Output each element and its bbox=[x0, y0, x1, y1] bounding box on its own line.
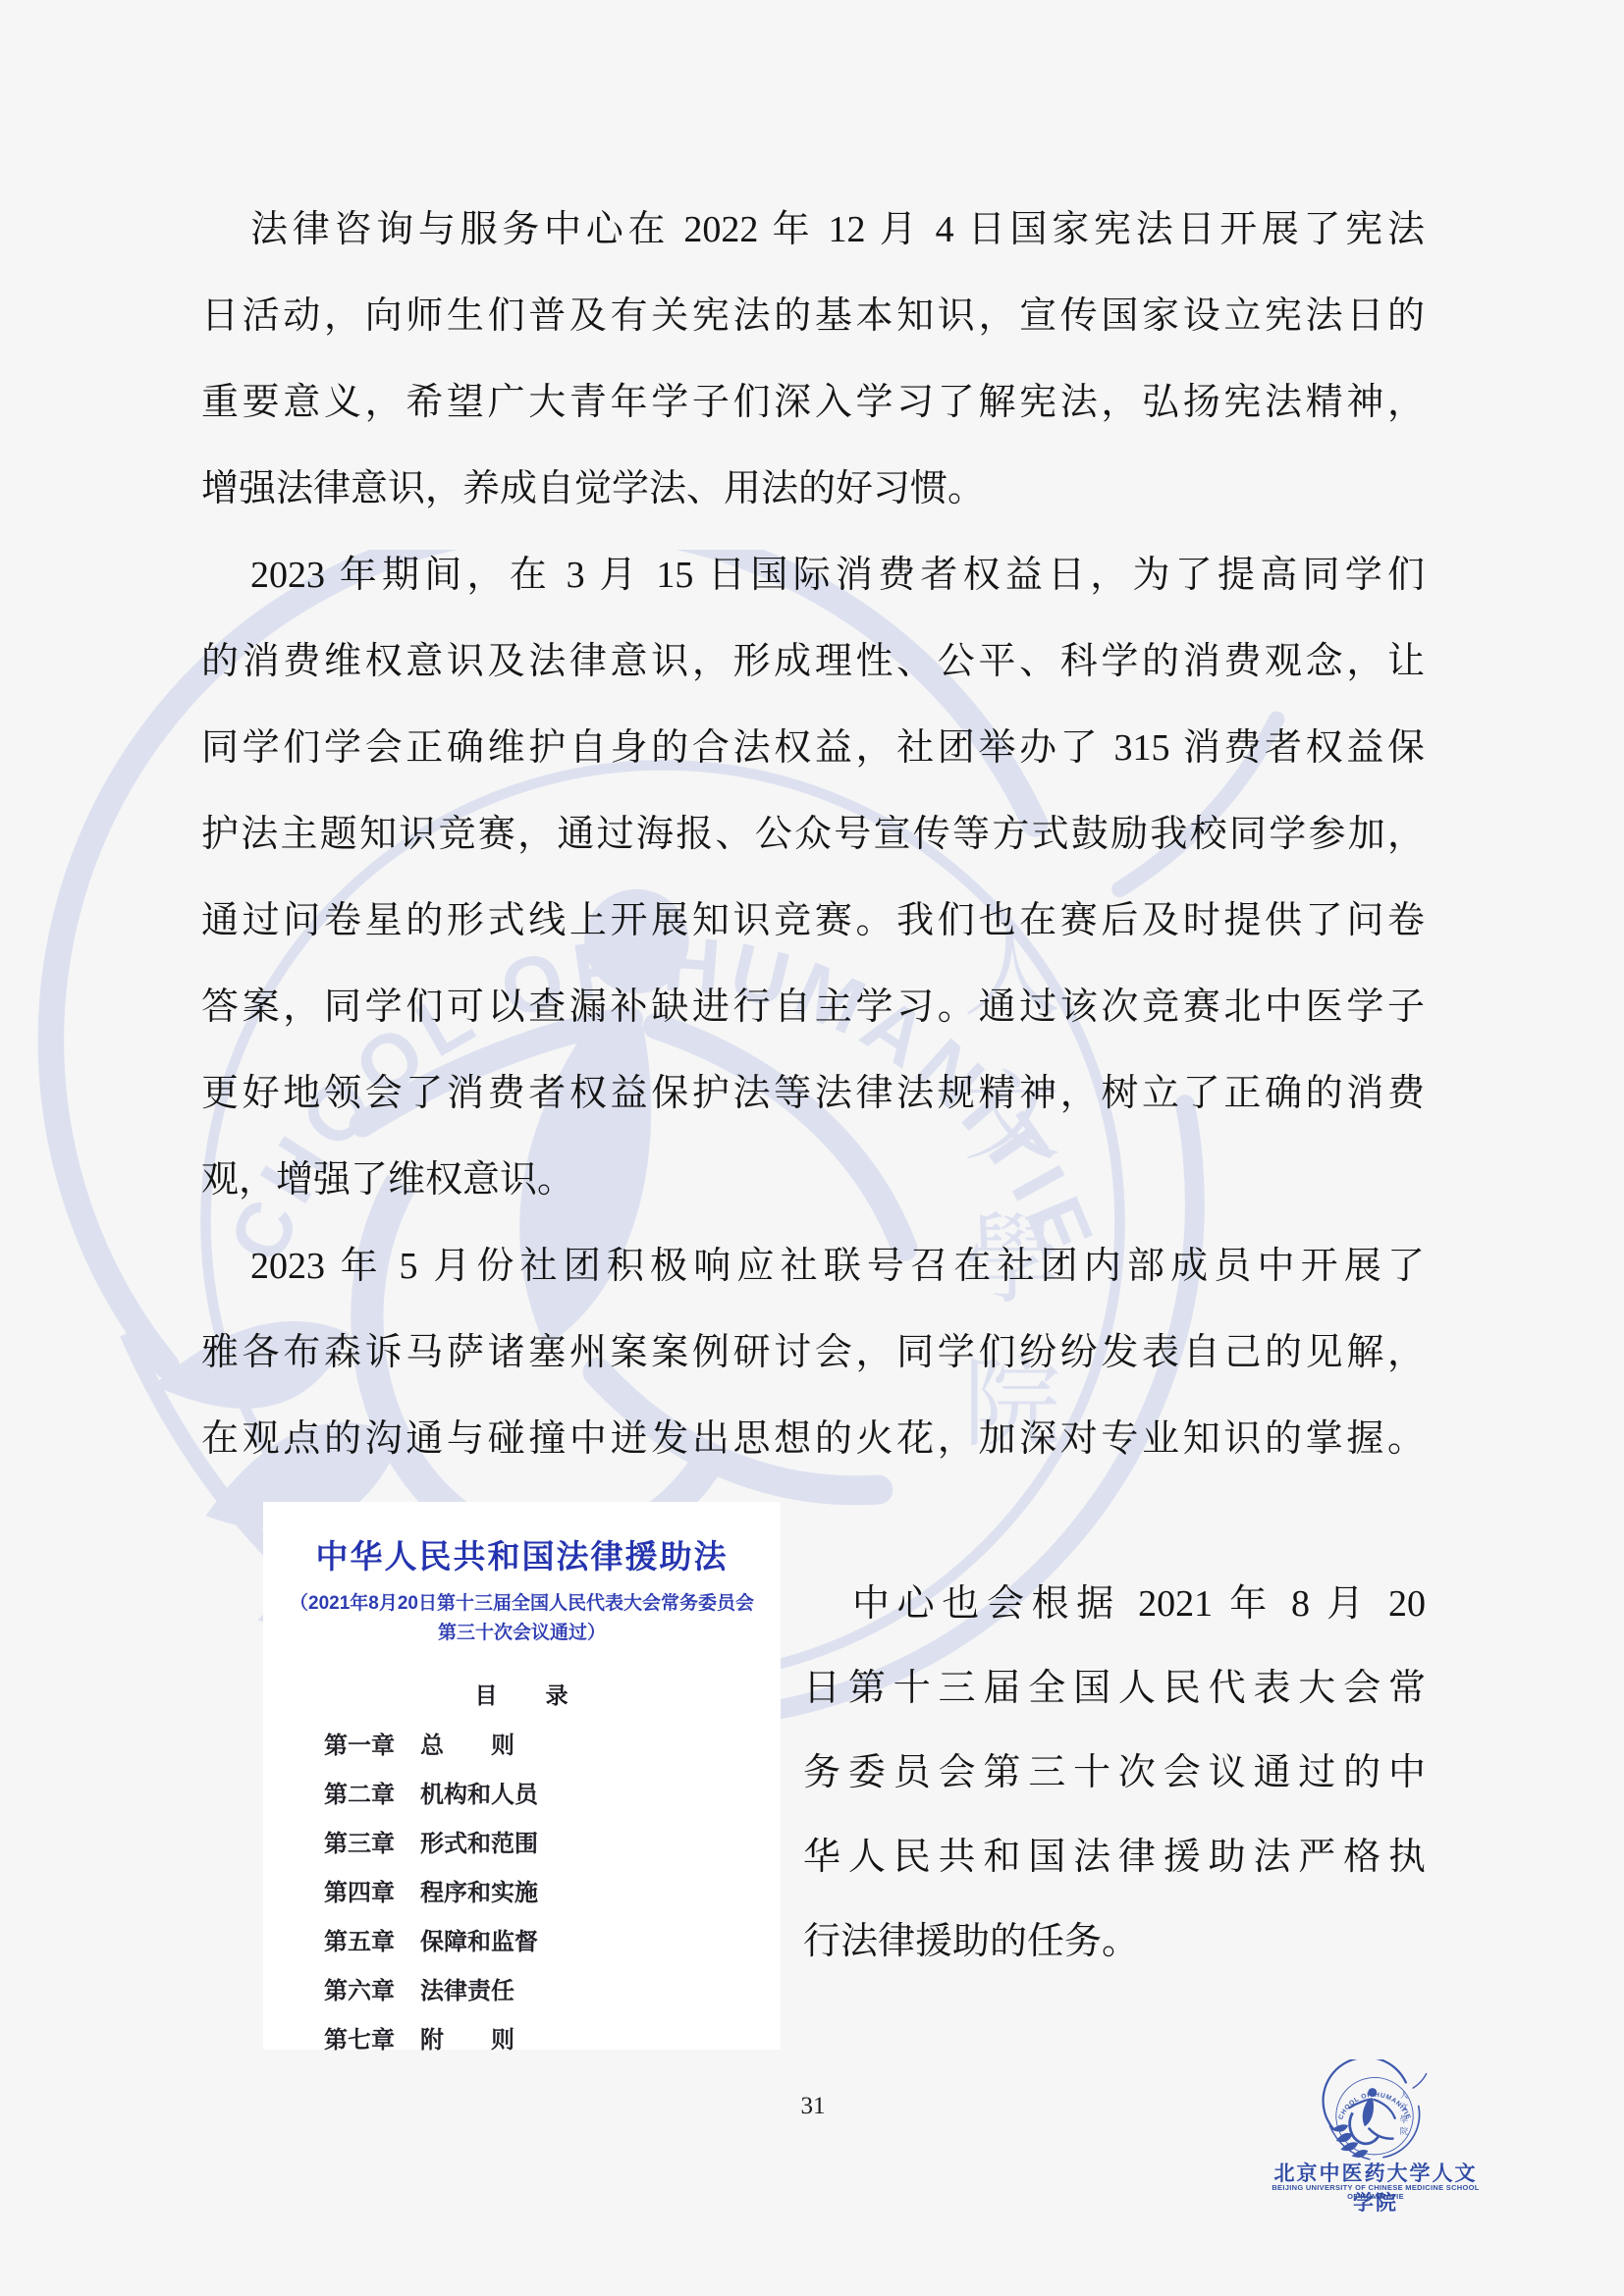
law-card-subtitle: （2021年8月20日第十三届全国人民代表大会常务委员会 第三十次会议通过） bbox=[263, 1589, 781, 1648]
toc-item: 第六章法律责任 bbox=[324, 1967, 781, 2016]
text-line: 日第十三届全国人民代表大会常 bbox=[803, 1646, 1426, 1731]
toc-title: 形式和范围 bbox=[420, 1831, 538, 1857]
toc-chapter: 第六章 bbox=[324, 1978, 395, 2004]
law-card-toc-header: 目 录 bbox=[263, 1678, 781, 1710]
toc-chapter: 第一章 bbox=[324, 1733, 395, 1759]
law-card-title: 中华人民共和国法律援助法 bbox=[263, 1531, 781, 1577]
side-paragraph: 中心也会根据 2021 年 8 月 20日第十三届全国人民代表大会常务委员会第三… bbox=[803, 1562, 1426, 1984]
law-aid-image: 中华人民共和国法律援助法 （2021年8月20日第十三届全国人民代表大会常务委员… bbox=[263, 1502, 781, 2050]
toc-chapter: 第四章 bbox=[324, 1880, 395, 1906]
text-line: 华人民共和国法律援助法严格执 bbox=[803, 1815, 1426, 1899]
text-line: 日活动，向师生们普及有关宪法的基本知识，宣传国家设立宪法日的 bbox=[201, 273, 1425, 359]
page-number: 31 bbox=[201, 2093, 1425, 2120]
toc-chapter: 第五章 bbox=[324, 1929, 395, 1955]
text-line: 重要意义，希望广大青年学子们深入学习了解宪法，弘扬宪法精神， bbox=[201, 359, 1425, 446]
text-line: 的消费维权意识及法律意识，形成理性、公平、科学的消费观念，让 bbox=[201, 618, 1425, 705]
text-line: 务委员会第三十次会议通过的中 bbox=[803, 1731, 1426, 1815]
toc-item: 第七章附 则 bbox=[324, 2016, 781, 2065]
text-line: 更好地领会了消费者权益保护法等法律法规精神，树立了正确的消费 bbox=[201, 1050, 1425, 1137]
text-line: 答案，同学们可以查漏补缺进行自主学习。通过该次竞赛北中医学子 bbox=[201, 964, 1425, 1050]
toc-title: 总 则 bbox=[420, 1733, 514, 1759]
toc-chapter: 第三章 bbox=[324, 1831, 395, 1857]
toc-item: 第四章程序和实施 bbox=[324, 1869, 781, 1918]
text-line: 中心也会根据 2021 年 8 月 20 bbox=[803, 1562, 1426, 1646]
toc-title: 程序和实施 bbox=[420, 1880, 538, 1906]
text-line: 行法律援助的任务。 bbox=[803, 1899, 1426, 1984]
law-card-toc: 第一章总 则第二章机构和人员第三章形式和范围第四章程序和实施第五章保障和监督第六… bbox=[263, 1722, 781, 2065]
text-line: 观，增强了维权意识。 bbox=[201, 1137, 1425, 1223]
text-line: 法律咨询与服务中心在 2022 年 12 月 4 日国家宪法日开展了宪法 bbox=[201, 187, 1425, 273]
law-card-subtitle-line2: 第三十次会议通过） bbox=[263, 1619, 781, 1648]
text-line: 在观点的沟通与碰撞中迸发出思想的火花，加深对专业知识的掌握。 bbox=[201, 1396, 1425, 1482]
toc-item: 第三章形式和范围 bbox=[324, 1820, 781, 1869]
text-line: 通过问卷星的形式线上开展知识竞赛。我们也在赛后及时提供了问卷 bbox=[201, 878, 1425, 964]
text-line: 2023 年期间，在 3 月 15 日国际消费者权益日，为了提高同学们 bbox=[201, 532, 1425, 618]
text-line: 2023 年 5 月份社团积极响应社联号召在社团内部成员中开展了 bbox=[201, 1223, 1425, 1309]
body-text: 法律咨询与服务中心在 2022 年 12 月 4 日国家宪法日开展了宪法日活动，… bbox=[201, 187, 1425, 1482]
toc-item: 第二章机构和人员 bbox=[324, 1771, 781, 1820]
text-line: 护法主题知识竞赛，通过海报、公众号宣传等方式鼓励我校同学参加， bbox=[201, 791, 1425, 878]
law-card-subtitle-line1: （2021年8月20日第十三届全国人民代表大会常务委员会 bbox=[263, 1589, 781, 1619]
toc-chapter: 第二章 bbox=[324, 1782, 395, 1808]
text-line: 雅各布森诉马萨诸塞州案案例研讨会，同学们纷纷发表自己的见解， bbox=[201, 1309, 1425, 1396]
school-logo-emblem bbox=[1320, 2059, 1430, 2169]
toc-title: 附 则 bbox=[420, 2027, 514, 2054]
toc-chapter: 第七章 bbox=[324, 2027, 395, 2054]
toc-item: 第五章保障和监督 bbox=[324, 1918, 781, 1967]
document-page: SCHOOL OF HUMANITIES 人 文 學 院 法律咨询与 bbox=[0, 0, 1624, 2296]
toc-title: 保障和监督 bbox=[420, 1929, 538, 1955]
toc-title: 机构和人员 bbox=[420, 1782, 538, 1808]
toc-title: 法律责任 bbox=[420, 1978, 514, 2004]
text-line: 增强法律意识，养成自觉学法、用法的好习惯。 bbox=[201, 446, 1425, 532]
text-line: 同学们学会正确维护自身的合法权益，社团举办了 315 消费者权益保 bbox=[201, 705, 1425, 791]
toc-item: 第一章总 则 bbox=[324, 1722, 781, 1771]
logo-en-name: BEIJING UNIVERSITY OF CHINESE MEDICINE S… bbox=[1267, 2183, 1485, 2201]
